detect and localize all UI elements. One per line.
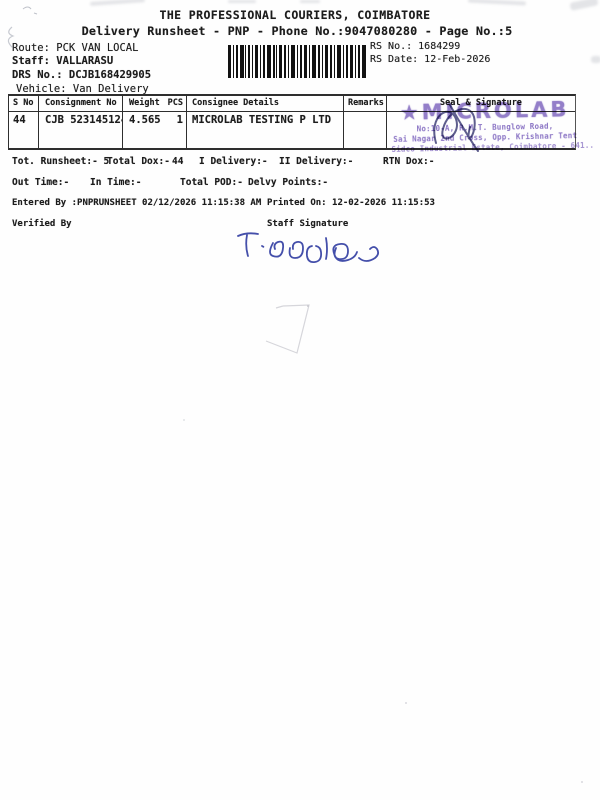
pencil-mark [23, 7, 37, 14]
speck [581, 781, 583, 783]
faint-label-impression [266, 305, 309, 353]
receiver-signature-scrawl [420, 97, 520, 159]
speck [405, 702, 407, 704]
speck [307, 305, 309, 307]
speck [183, 419, 185, 421]
pencil-squiggle [8, 27, 13, 48]
scanned-delivery-runsheet: { "page": { "title": "THE PROFESSIONAL C… [0, 0, 600, 800]
star-icon: ★ [400, 100, 422, 124]
